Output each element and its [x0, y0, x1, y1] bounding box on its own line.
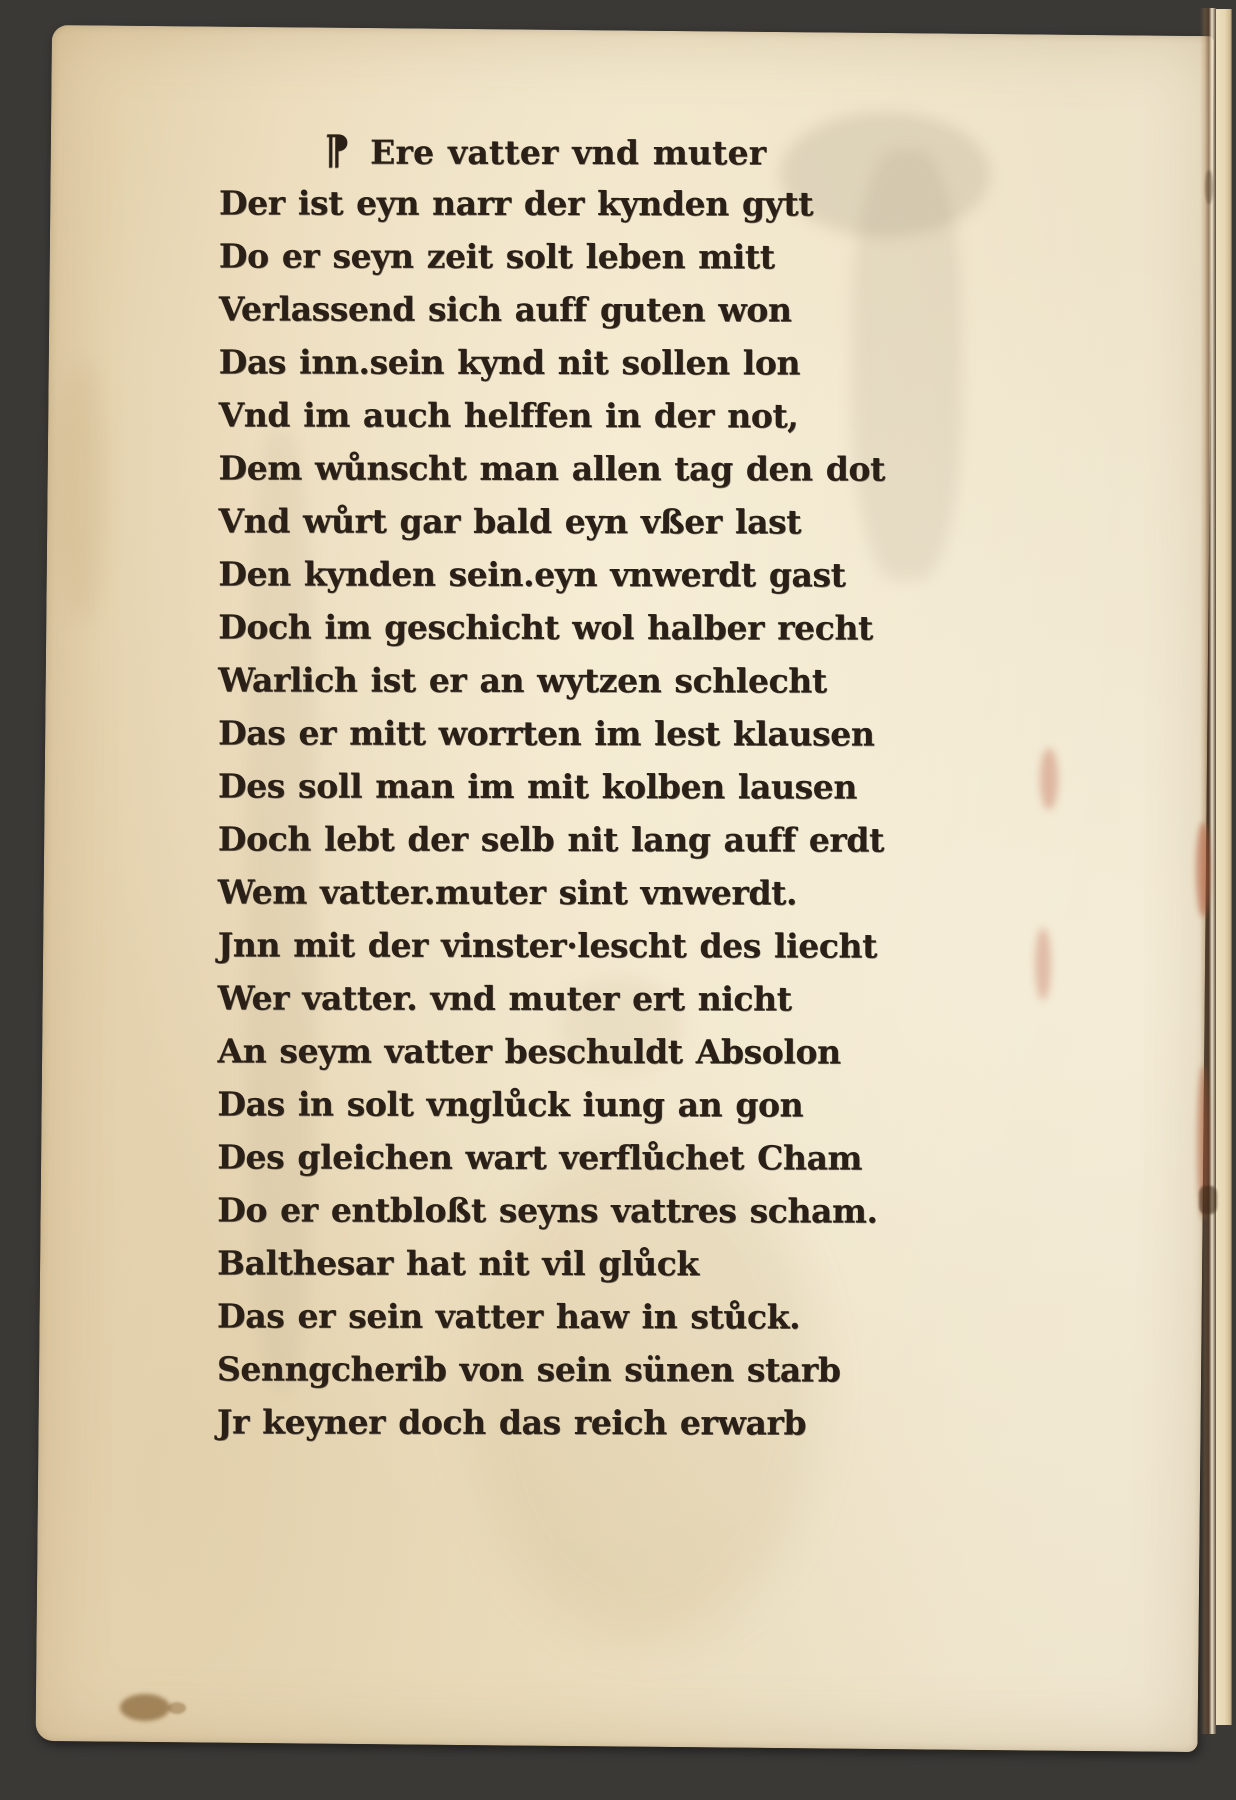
verse-line: Das inn.sein kynd nit sollen lon	[219, 335, 909, 389]
adjacent-page-edge	[1216, 9, 1232, 1725]
verse-line: Do er seyn zeit solt leben mitt	[219, 229, 909, 283]
verse-line: Dem wůnscht man allen tag den dot	[219, 441, 909, 495]
verse-line: Den kynden sein.eyn vnwerdt gast	[218, 547, 908, 601]
binding-crease	[1200, 8, 1216, 1734]
verse-line: Der ist eyn narr der kynden gytt	[219, 176, 909, 230]
verse-line: Des gleichen wart verflůchet Cham	[217, 1130, 907, 1184]
verse-line: Verlassend sich auff guten won	[219, 282, 909, 336]
pilcrow-icon: ¶	[325, 124, 350, 177]
verse-line: Warlich ist er an wytzen schlecht	[218, 653, 908, 707]
verse-line: Jnn mit der vinster·lescht des liecht	[218, 918, 908, 972]
verse-line: Das er mitt worrten im lest klausen	[218, 706, 908, 760]
verse-line: Das in solt vnglůck iung an gon	[217, 1077, 907, 1131]
verse-line: Das er sein vatter haw in stůck.	[217, 1289, 907, 1343]
heading-text: Ere vatter vnd muter	[370, 133, 766, 173]
verse-line: Wer vatter. vnd muter ert nicht	[218, 971, 908, 1025]
verse-line: Vnd wůrt gar bald eyn vßer last	[218, 494, 908, 548]
verse-line: Jr keyner doch das reich erwarb	[217, 1395, 907, 1449]
verse-line: Vnd im auch helffen in der not,	[219, 388, 909, 442]
verse-line: Do er entbloßt seyns vattres scham.	[217, 1183, 907, 1237]
verse-line: Doch lebt der selb nit lang auff erdt	[218, 812, 908, 866]
verse-line: Des soll man im mit kolben lausen	[218, 759, 908, 813]
verse-line: Wem vatter.muter sint vnwerdt.	[218, 865, 908, 919]
verse-line: Senngcherib von sein sünen starb	[217, 1342, 907, 1396]
verse-line: Balthesar hat nit vil glůck	[217, 1236, 907, 1290]
page-heading: ¶Ere vatter vnd muter	[219, 123, 909, 177]
verse-line: An seym vatter beschuldt Absolon	[217, 1024, 907, 1078]
scanned-book-photo: ¶Ere vatter vnd muter Der ist eyn narr d…	[0, 0, 1236, 1800]
verse-text-block: ¶Ere vatter vnd muter Der ist eyn narr d…	[217, 123, 909, 1449]
verse-line: Doch im geschicht wol halber recht	[218, 600, 908, 654]
